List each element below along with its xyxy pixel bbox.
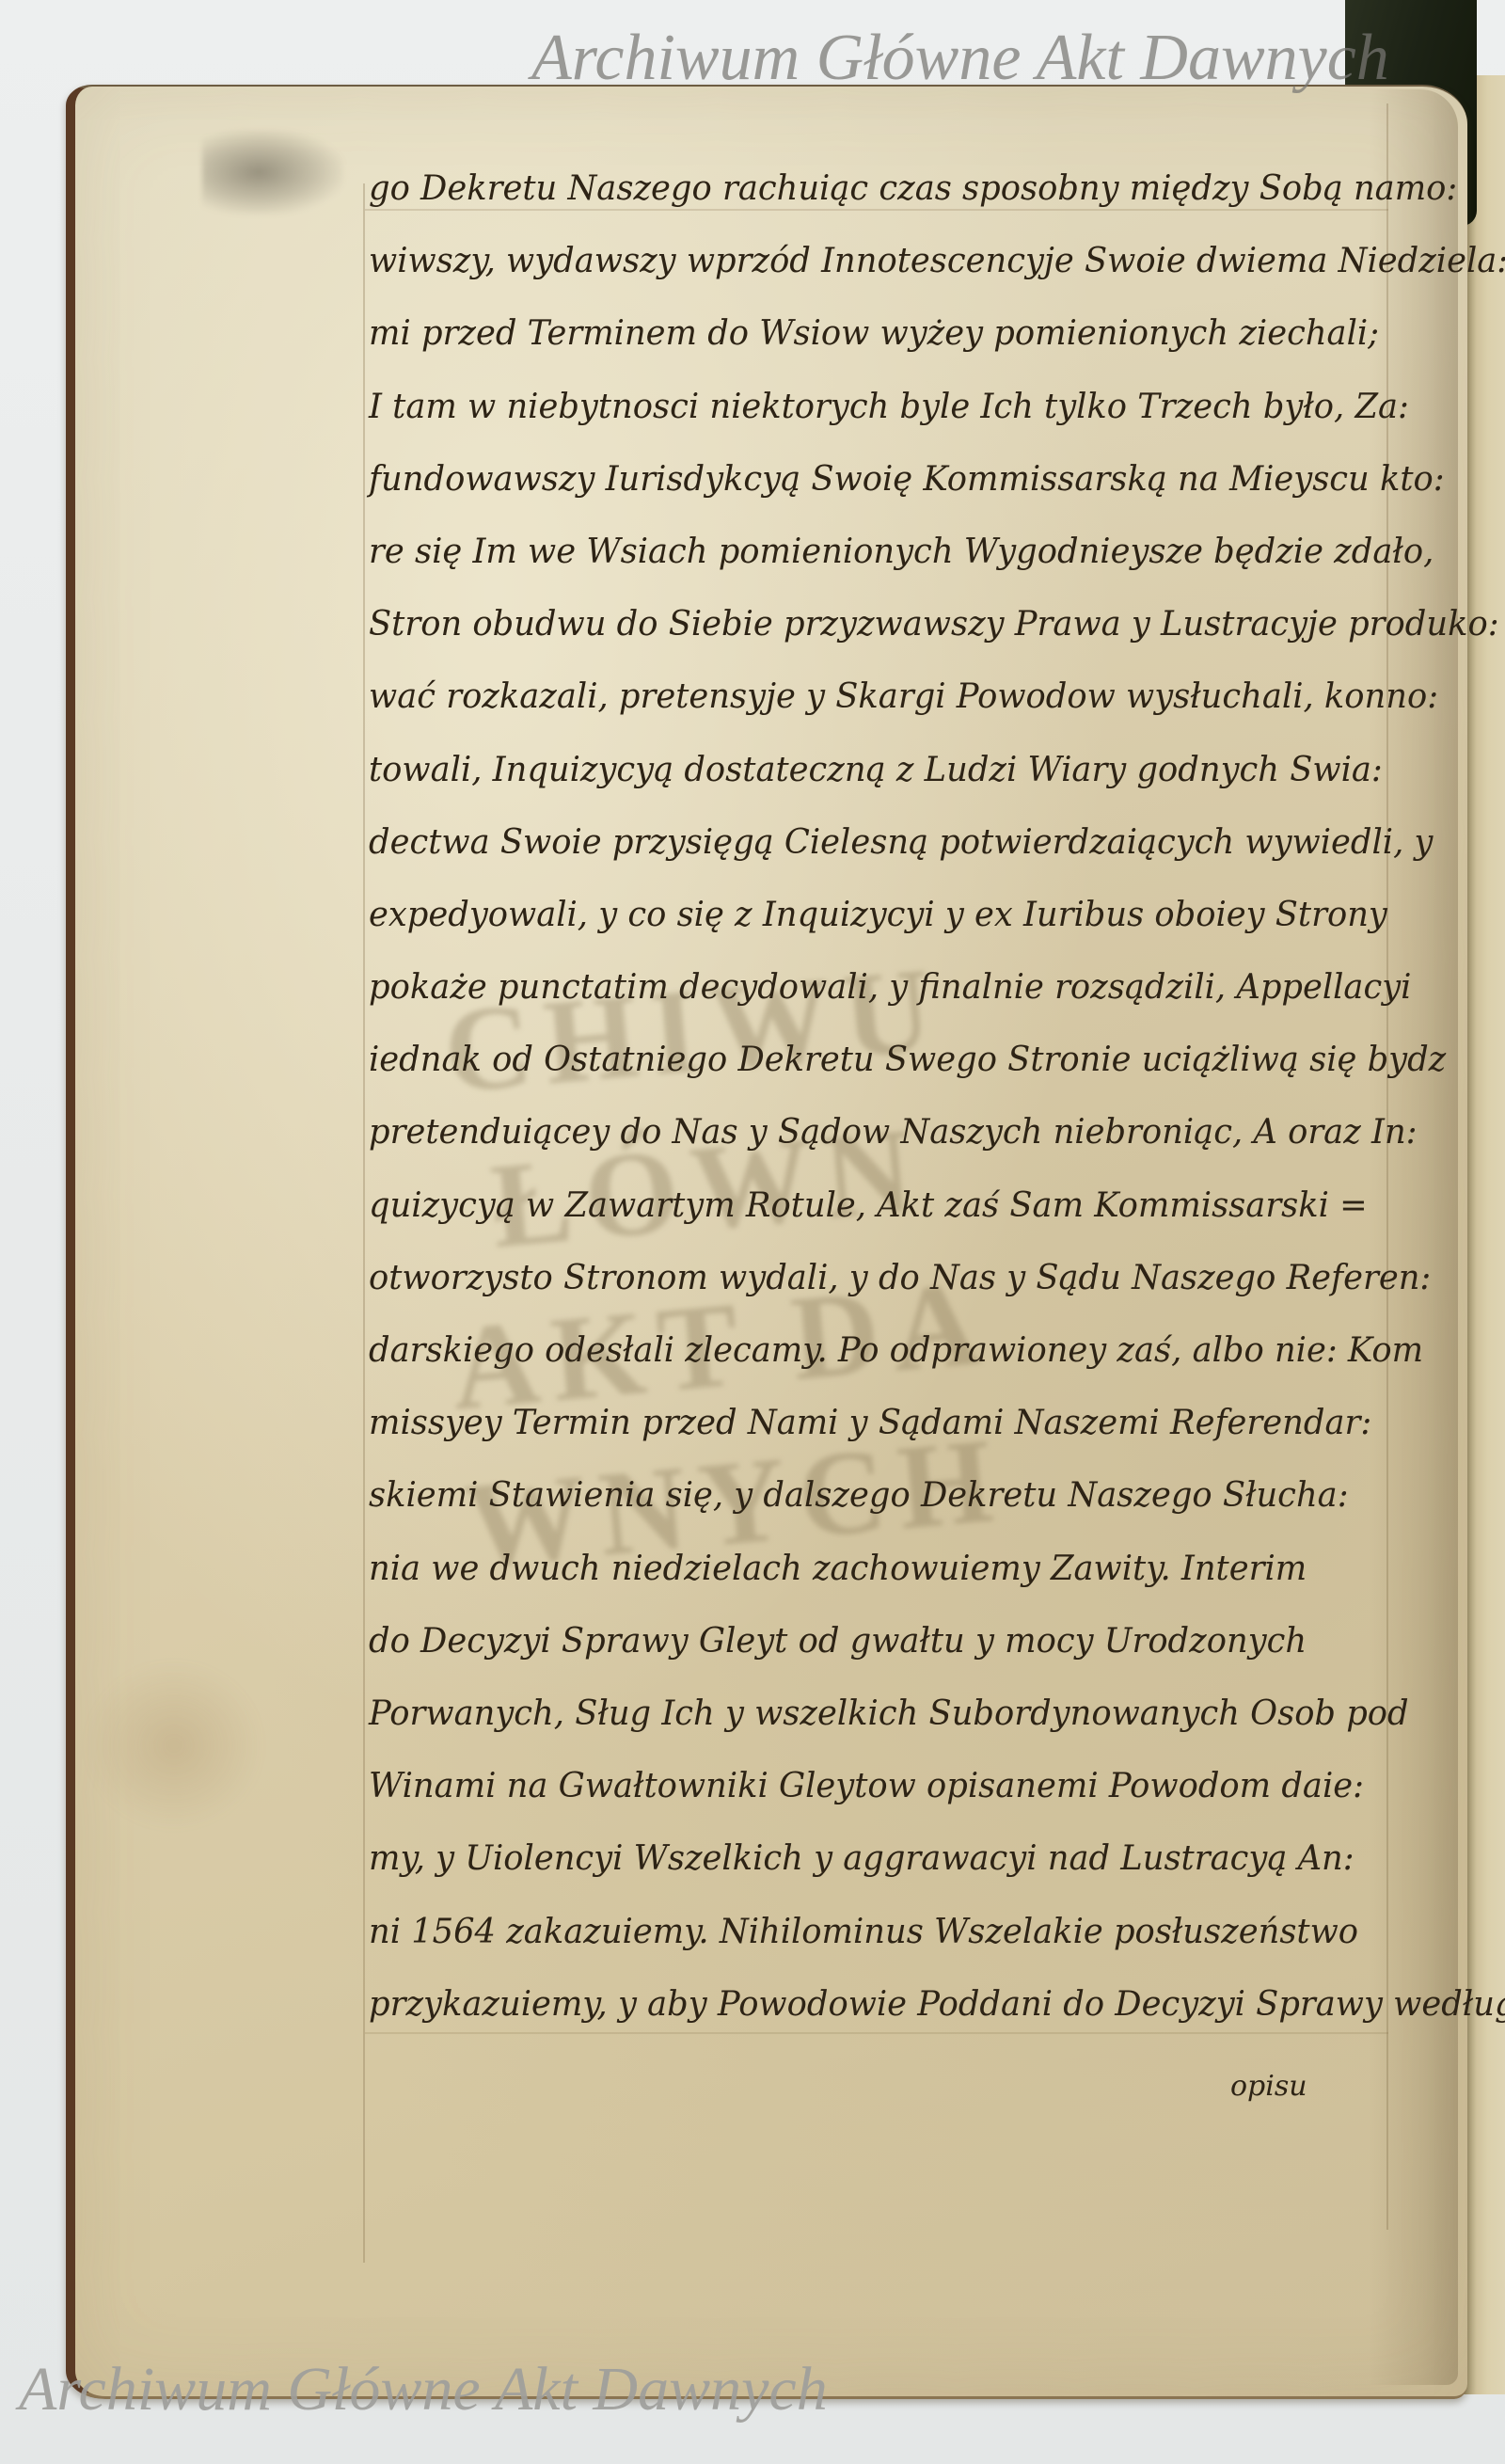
manuscript-line: otworzysto Stronom wydali, y do Nas y Są… xyxy=(369,1259,1429,1331)
manuscript-line: go Dekretu Naszego rachuiąc czas sposobn… xyxy=(369,169,1429,242)
manuscript-line: mi przed Terminem do Wsiow wyżey pomieni… xyxy=(369,314,1429,387)
archive-watermark-bottom: Archiwum Główne Akt Dawnych xyxy=(19,2354,828,2425)
manuscript-line: Stron obudwu do Siebie przyzwawszy Prawa… xyxy=(369,605,1429,677)
manuscript-line: re się Im we Wsiach pomienionych Wygodni… xyxy=(369,533,1429,605)
manuscript-line: przykazuiemy, y aby Powodowie Poddani do… xyxy=(369,1985,1429,2058)
manuscript-line: wać rozkazali, pretensyje y Skargi Powod… xyxy=(369,677,1429,750)
manuscript-line: nia we dwuch niedzielach zachowuiemy Zaw… xyxy=(369,1550,1429,1622)
manuscript-line: I tam w niebytnosci niektorych byle Ich … xyxy=(369,388,1429,460)
manuscript-line: quizycyą w Zawartym Rotule, Akt zaś Sam … xyxy=(369,1186,1429,1259)
manuscript-line: pretenduiącey do Nas y Sądow Naszych nie… xyxy=(369,1113,1429,1185)
manuscript-line: expedyowali, y co się z Inquizycyi y ex … xyxy=(369,896,1429,968)
manuscript-line: towali, Inquizycyą dostateczną z Ludzi W… xyxy=(369,751,1429,823)
manuscript-line: iednak od Ostatniego Dekretu Swego Stron… xyxy=(369,1041,1429,1113)
manuscript-line: darskiego odesłali zlecamy. Po odprawion… xyxy=(369,1331,1429,1404)
manuscript-line: dectwa Swoie przysięgą Cielesną potwierd… xyxy=(369,823,1429,896)
scanned-manuscript-view: CHIWU ŁÓWN AKT DA WNYCH go Dekretu Nasze… xyxy=(0,0,1505,2464)
manuscript-line: do Decyzyi Sprawy Gleyt od gwałtu y mocy… xyxy=(369,1622,1429,1694)
manuscript-line: skiemi Stawienia się, y dalszego Dekretu… xyxy=(369,1476,1429,1549)
manuscript-line: fundowawszy Iurisdykcyą Swoię Kommissars… xyxy=(369,460,1429,533)
manuscript-line: Porwanych, Sług Ich y wszelkich Subordyn… xyxy=(369,1694,1429,1767)
manuscript-line: Winami na Gwałtowniki Gleytow opisanemi … xyxy=(369,1767,1429,1839)
margin-rule-left xyxy=(363,183,365,2263)
manuscript-line: missyey Termin przed Nami y Sądami Nasze… xyxy=(369,1404,1429,1476)
manuscript-line: wiwszy, wydawszy wprzód Innotescencyje S… xyxy=(369,242,1429,314)
manuscript-line: pokaże punctatim decydowali, y finalnie … xyxy=(369,968,1429,1041)
archive-watermark-top: Archiwum Główne Akt Dawnych xyxy=(531,21,1389,96)
manuscript-line: my, y Uiolencyi Wszelkich y aggrawacyi n… xyxy=(369,1839,1429,1912)
catchword: opisu xyxy=(1230,2070,1307,2103)
handwritten-text-block: go Dekretu Naszego rachuiąc czas sposobn… xyxy=(369,169,1450,2058)
paper-stain xyxy=(85,1661,263,1830)
manuscript-line: ni 1564 zakazuiemy. Nihilominus Wszelaki… xyxy=(369,1913,1429,1985)
ink-smudge xyxy=(202,130,343,215)
